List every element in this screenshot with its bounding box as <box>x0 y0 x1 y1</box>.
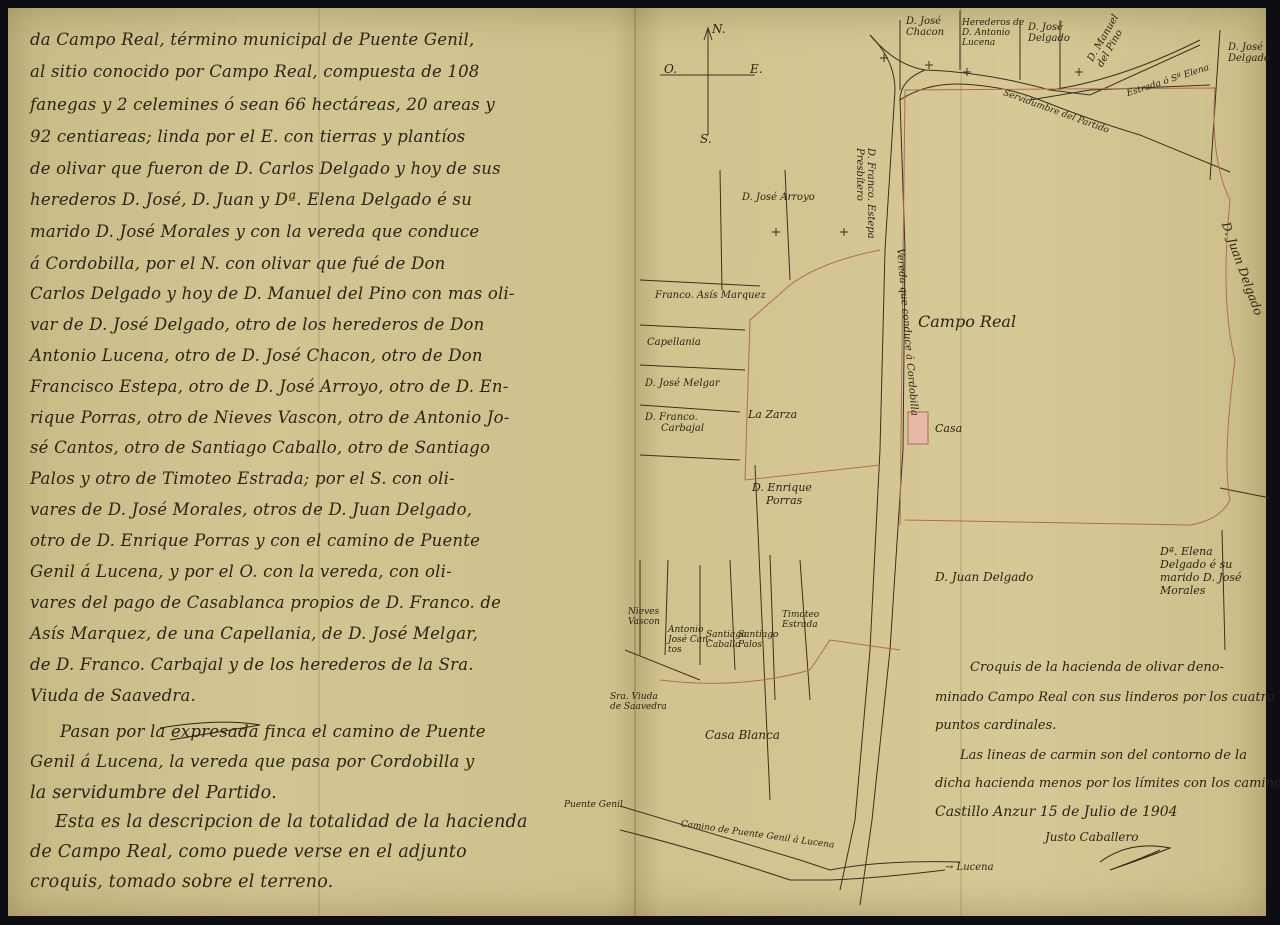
label-carbajal: D. Franco.Carbajal <box>645 412 704 434</box>
map-note: dicha hacienda menos por los límites con… <box>935 776 1280 791</box>
label-juan-delgado-bottom: D. Juan Delgado <box>935 570 1033 584</box>
label-casa-blanca: Casa Blanca <box>705 728 780 742</box>
label-cantos: AntonioJosé Can-tos <box>668 625 711 655</box>
label-viuda: Sra. Viudade Saavedra <box>610 692 667 712</box>
label-marquez: Franco. Asís Marquez <box>655 290 766 301</box>
label-porras: D. EnriquePorras <box>752 481 812 507</box>
label-puente-genil: Puente Genil <box>564 800 623 810</box>
label-campo-real: Campo Real <box>918 312 1016 331</box>
label-palos: SantiagoPalos <box>738 630 778 650</box>
map-note: puntos cardinales. <box>935 718 1056 733</box>
label-chacon: D. JoséChacon <box>906 16 944 38</box>
house-marker <box>908 412 928 444</box>
label-melgar: D. José Melgar <box>645 378 720 389</box>
compass-east: E. <box>750 62 763 76</box>
compass-south: S. <box>700 132 712 146</box>
compass-north: N. <box>712 22 726 36</box>
map-note: Las lineas de carmin son del contorno de… <box>960 748 1247 763</box>
compass-west: O. <box>664 62 677 76</box>
label-casa: Casa <box>935 422 962 435</box>
label-elena: Dª. ElenaDelgado é sumarido D. JoséMoral… <box>1160 545 1242 597</box>
label-la-zarza: La Zarza <box>748 408 797 421</box>
label-nieves: NievesVascon <box>628 607 660 627</box>
label-estepa: D. Franco. EstepaPresbítero <box>854 148 876 239</box>
map-note: minado Campo Real con sus linderos por l… <box>935 690 1275 705</box>
label-to-lucena: → Lucena <box>945 862 994 873</box>
label-lucena: Herederos deD. AntonioLucena <box>962 18 1024 48</box>
map-date: Castillo Anzur 15 de Julio de 1904 <box>935 804 1178 820</box>
label-jose-delgado-right: D. JoséDelgado <box>1228 42 1270 64</box>
map-signature: Justo Caballero <box>1045 830 1138 844</box>
label-capellania: Capellania <box>647 337 701 348</box>
label-arroyo: D. José Arroyo <box>742 192 815 203</box>
label-jose-delgado-top: D. JoséDelgado <box>1028 22 1070 44</box>
map-note: Croquis de la hacienda de olivar deno- <box>970 660 1224 675</box>
label-timoteo: TimoteoEstrada <box>782 610 819 630</box>
